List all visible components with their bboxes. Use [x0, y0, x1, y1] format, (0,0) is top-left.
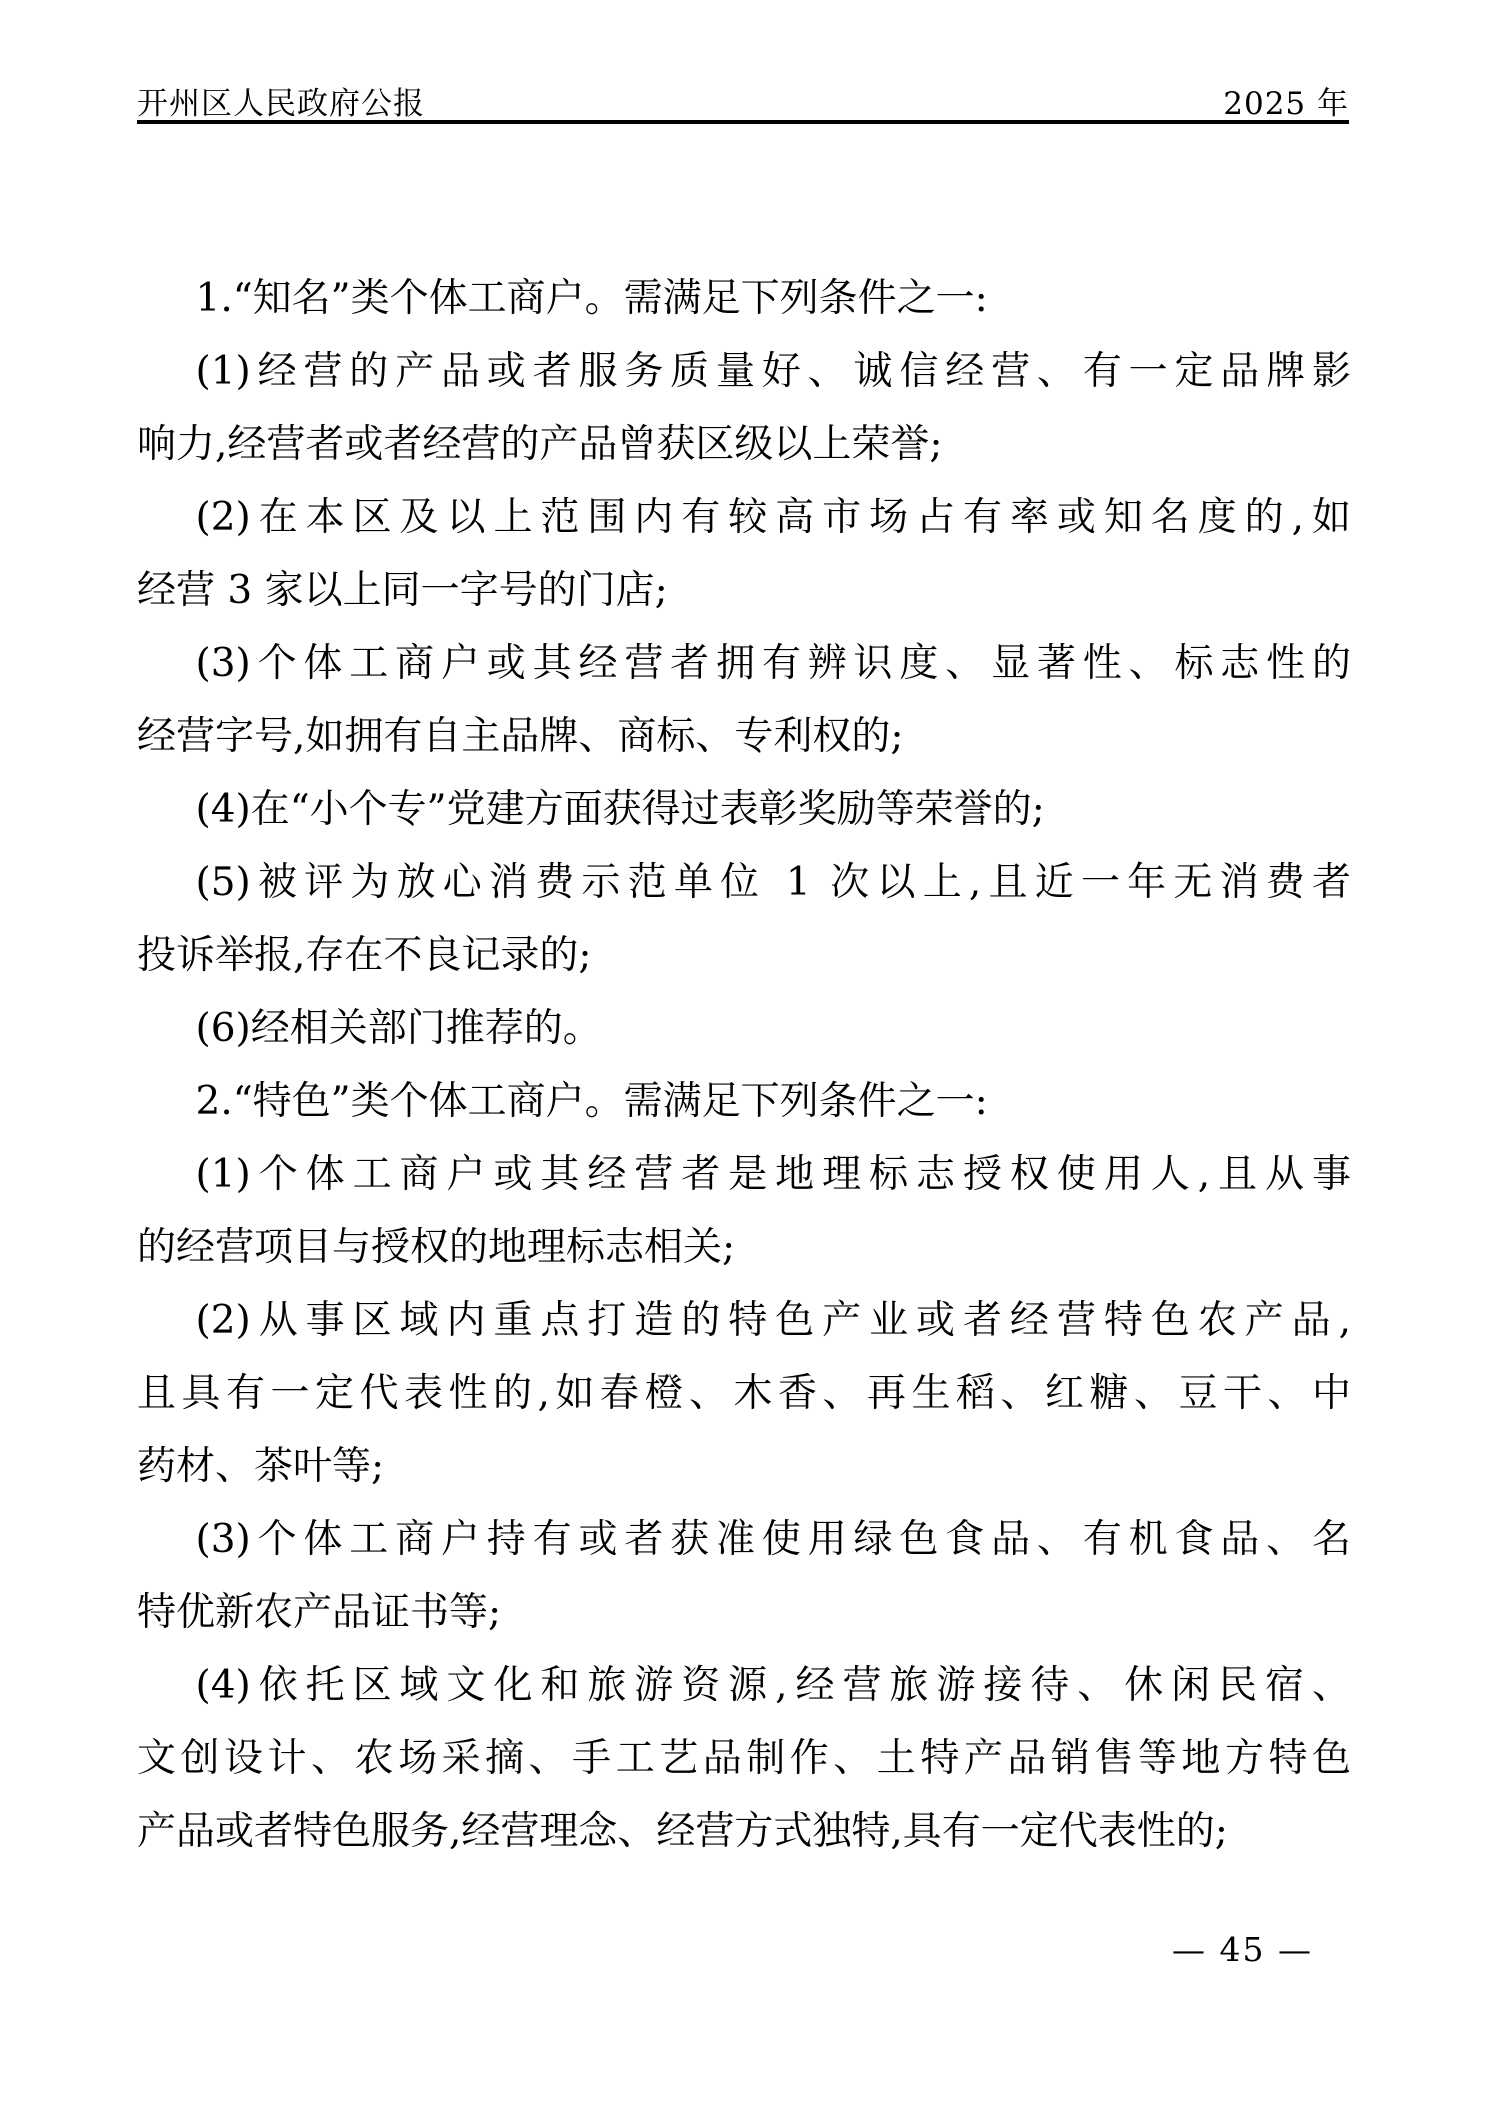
document-body: 1.“知名”类个体工商户。需满足下列条件之一:(1)经营的产品或者服务质量好、诚… — [137, 262, 1351, 1868]
page-number: — 45 — — [1172, 1930, 1313, 1969]
gazette-year: 2025 年 — [1223, 78, 1349, 123]
paragraph-line: 产品或者特色服务,经营理念、经营方式独特,具有一定代表性的; — [137, 1795, 1351, 1868]
paragraph-line: (2)在本区及以上范围内有较高市场占有率或知名度的,如 — [137, 481, 1351, 554]
gazette-title: 开州区人民政府公报 — [137, 78, 425, 123]
paragraph-line: 文创设计、农场采摘、手工艺品制作、土特产品销售等地方特色 — [137, 1722, 1351, 1795]
paragraph-line: 经营 3 家以上同一字号的门店; — [137, 554, 1351, 627]
paragraph-line: 特优新农产品证书等; — [137, 1576, 1351, 1649]
paragraph-line: (6)经相关部门推荐的。 — [137, 992, 1351, 1065]
paragraph-line: (3)个体工商户或其经营者拥有辨识度、显著性、标志性的 — [137, 627, 1351, 700]
paragraph-line: 1.“知名”类个体工商户。需满足下列条件之一: — [137, 262, 1351, 335]
paragraph-line: (3)个体工商户持有或者获准使用绿色食品、有机食品、名 — [137, 1503, 1351, 1576]
gazette-page: 开州区人民政府公报 2025 年 1.“知名”类个体工商户。需满足下列条件之一:… — [0, 0, 1488, 2104]
paragraph-line: 药材、茶叶等; — [137, 1430, 1351, 1503]
paragraph-line: (5)被评为放心消费示范单位 1 次以上,且近一年无消费者 — [137, 846, 1351, 919]
header-rule — [137, 120, 1349, 124]
paragraph-line: 响力,经营者或者经营的产品曾获区级以上荣誉; — [137, 408, 1351, 481]
paragraph-line: (4)在“小个专”党建方面获得过表彰奖励等荣誉的; — [137, 773, 1351, 846]
page-header: 开州区人民政府公报 2025 年 — [137, 78, 1349, 123]
paragraph-line: (2)从事区域内重点打造的特色产业或者经营特色农产品, — [137, 1284, 1351, 1357]
paragraph-line: 的经营项目与授权的地理标志相关; — [137, 1211, 1351, 1284]
paragraph-line: (1)个体工商户或其经营者是地理标志授权使用人,且从事 — [137, 1138, 1351, 1211]
paragraph-line: 2.“特色”类个体工商户。需满足下列条件之一: — [137, 1065, 1351, 1138]
paragraph-line: (4)依托区域文化和旅游资源,经营旅游接待、休闲民宿、 — [137, 1649, 1351, 1722]
paragraph-line: (1)经营的产品或者服务质量好、诚信经营、有一定品牌影 — [137, 335, 1351, 408]
paragraph-line: 经营字号,如拥有自主品牌、商标、专利权的; — [137, 700, 1351, 773]
paragraph-line: 且具有一定代表性的,如春橙、木香、再生稻、红糖、豆干、中 — [137, 1357, 1351, 1430]
paragraph-line: 投诉举报,存在不良记录的; — [137, 919, 1351, 992]
